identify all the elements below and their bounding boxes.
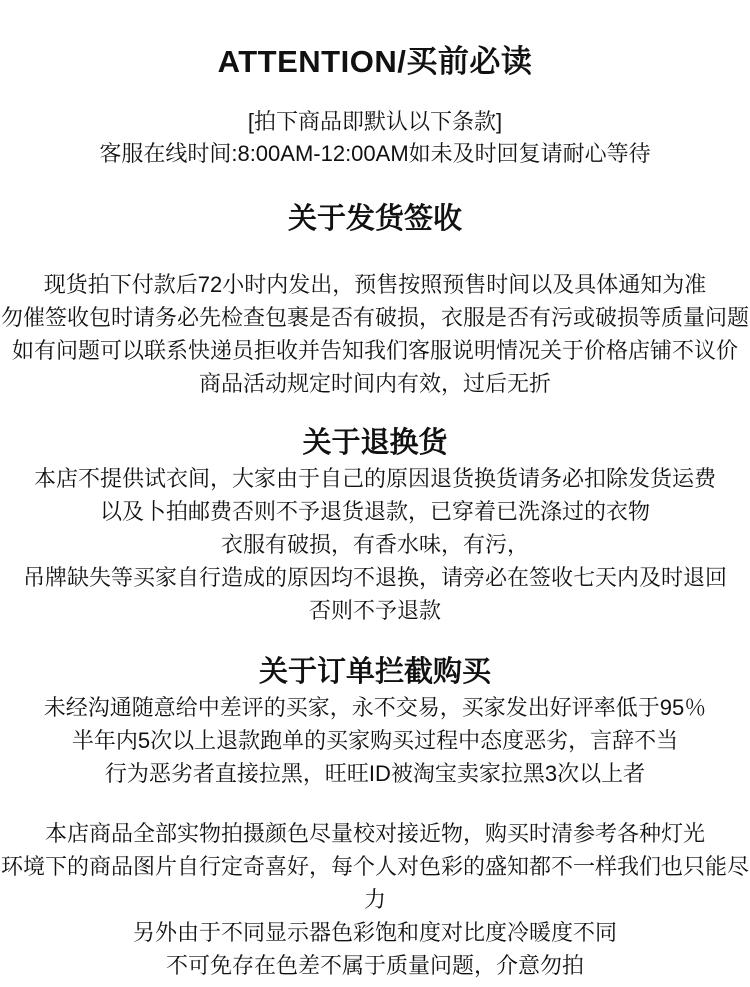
section-heading-returns: 关于退换货	[0, 424, 750, 462]
intro-service-hours-line: 客服在线时间:8:00AM-12:00AM如未及时回复请耐心等待	[0, 138, 750, 170]
section-body-order-block: 未经沟通随意给中差评的买家，永不交易，买家发出好评率低于95％ 半年内5次以上退…	[0, 691, 750, 790]
page-title: ATTENTION/买前必读	[0, 40, 750, 84]
section-heading-order-block: 关于订单拦截购买	[0, 653, 750, 691]
section-body-returns: 本店不提供试衣间，大家由于自己的原因退货换货请务必扣除发货运费 以及卜拍邮费否则…	[0, 462, 750, 627]
intro-terms-line: [拍下商品即默认以下条款]	[0, 106, 750, 138]
returns-line: 本店不提供试衣间，大家由于自己的原因退货换货请务必扣除发货运费	[0, 462, 750, 495]
order-block-line: 未经沟通随意给中差评的买家，永不交易，买家发出好评率低于95％	[0, 691, 750, 724]
section-body-shipping: 现货拍下付款后72小时内发出，预售按照预售时间以及具体通知为准 勿催签收包时请务…	[0, 268, 750, 400]
shipping-line: 如有问题可以联系快递员拒收并告知我们客服说明情况关于价格店铺不议价	[0, 334, 750, 367]
shipping-line: 现货拍下付款后72小时内发出，预售按照预售时间以及具体通知为准	[0, 268, 750, 301]
order-block-line: 行为恶劣者直接拉黑，旺旺ID被淘宝卖家拉黑3次以上者	[0, 757, 750, 790]
order-block-line: 半年内5次以上退款跑单的买家购买过程中态度恶劣，言辞不当	[0, 724, 750, 757]
returns-line: 否则不予退款	[0, 594, 750, 627]
shipping-line: 勿催签收包时请务必先检查包裹是否有破损，衣服是否有污或破损等质量问题	[0, 301, 750, 334]
returns-line: 衣服有破损，有香水味，有污，	[0, 528, 750, 561]
returns-line: 吊牌缺失等买家自行造成的原因均不退换，请旁必在签收七天内及时退回	[0, 561, 750, 594]
buyer-notice-page: ATTENTION/买前必读 [拍下商品即默认以下条款] 客服在线时间:8:00…	[0, 0, 750, 987]
notes-line: 另外由于不同显示器色彩饱和度对比度冷暖度不同	[0, 916, 750, 949]
shipping-line: 商品活动规定时间内有效，过后无折	[0, 367, 750, 400]
section-heading-shipping: 关于发货签收	[0, 200, 750, 238]
notes-line: 环境下的商品图片自行定奇喜好，每个人对色彩的盛知都不一样我们也只能尽力	[0, 850, 750, 916]
returns-line: 以及卜拍邮费否则不予退货退款，已穿着已洗涤过的衣物	[0, 495, 750, 528]
notes-line: 本店商品全部实物拍摄颜色尽量校对接近物，购买时清参考各种灯光	[0, 817, 750, 850]
color-difference-notes: 本店商品全部实物拍摄颜色尽量校对接近物，购买时清参考各种灯光 环境下的商品图片自…	[0, 817, 750, 982]
notes-line: 不可免存在色差不属于质量问题，介意勿拍	[0, 949, 750, 982]
intro-block: [拍下商品即默认以下条款] 客服在线时间:8:00AM-12:00AM如未及时回…	[0, 106, 750, 170]
